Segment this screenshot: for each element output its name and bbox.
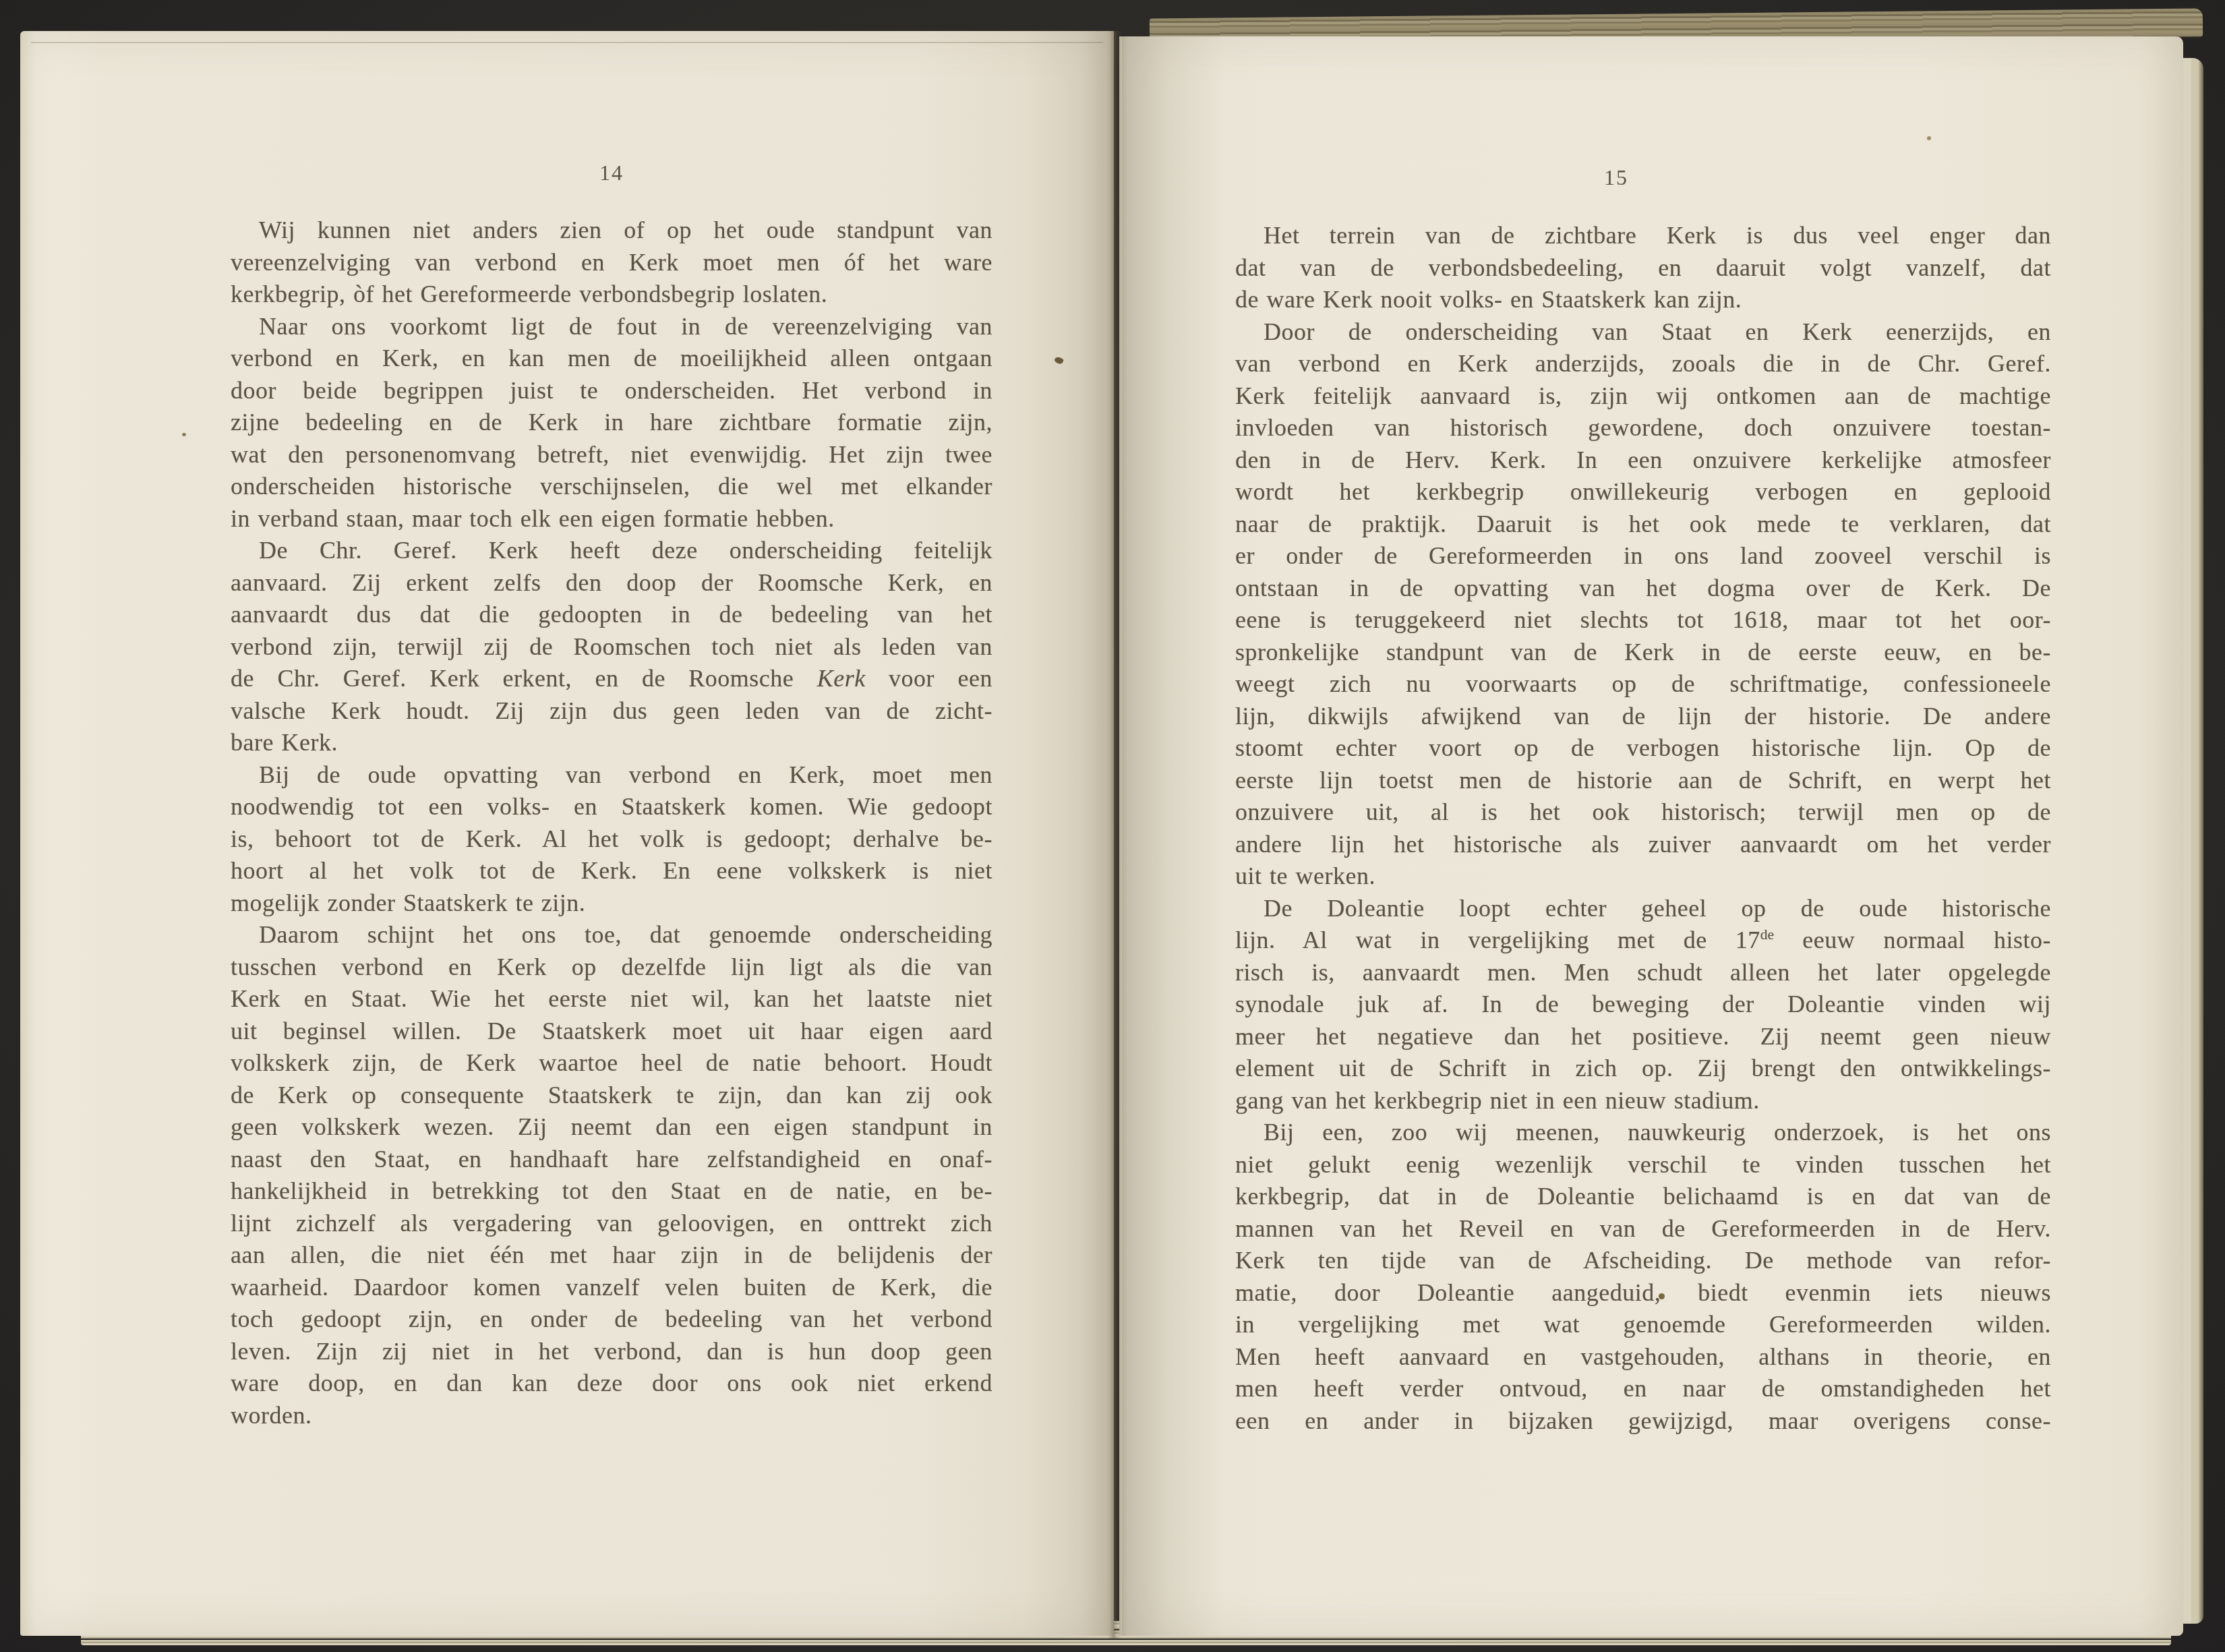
text-line: ontstaan in de opvatting van het dogma o… [1235, 572, 2051, 605]
page-number-right: 15 [1235, 165, 1997, 192]
text-line: spronkelijke standpunt van de Kerk in de… [1235, 637, 2051, 669]
page-number-left: 14 [231, 160, 992, 187]
crease-line [31, 42, 1103, 43]
text-line: tusschen verbond en Kerk op dezelfde lij… [231, 951, 992, 984]
text-line: naast den Staat, en handhaaft hare zelfs… [231, 1144, 992, 1176]
text-line: stoomt echter voort op de verbogen histo… [1235, 732, 2051, 765]
text-line: Kerk en Staat. Wie het eerste niet wil, … [231, 983, 992, 1015]
text-line: meer het negatieve dan het positieve. Zi… [1235, 1021, 2051, 1053]
text-line: volkskerk zijn, de Kerk waartoe heel de … [231, 1047, 992, 1080]
text-line: gang van het kerkbegrip niet in een nieu… [1235, 1085, 2051, 1117]
left-text-block: Wij kunnen niet anders zien of op het ou… [231, 214, 992, 1432]
text-line: kerkbegrip, òf het Gereformeerde verbond… [231, 278, 992, 311]
book-spread: 14 Wij kunnen niet anders zien of op het… [0, 0, 2225, 1652]
text-line: valsche Kerk houdt. Zij zijn dus geen le… [231, 695, 992, 728]
text-line: door beide begrippen juist te onderschei… [231, 375, 992, 407]
text-line: ware doop, en dan kan deze door ons ook … [231, 1367, 992, 1400]
text-line: er onder de Gereformeerden in ons land z… [1235, 540, 2051, 572]
text-line: Bij een, zoo wij meenen, nauwkeurig onde… [1235, 1117, 2051, 1149]
text-line: hankelijkheid in betrekking tot den Staa… [231, 1175, 992, 1208]
text-line: De Doleantie loopt echter geheel op de o… [1235, 893, 2051, 925]
text-line: Men heeft aanvaard en vastgehouden, alth… [1235, 1341, 2051, 1374]
text-line: weegt zich nu voorwaarts op de schriftma… [1235, 668, 2051, 701]
text-line: men heeft verder ontvoud, en naar de oms… [1235, 1373, 2051, 1405]
text-line: niet gelukt eenig wezenlijk verschil te … [1235, 1149, 2051, 1181]
text-line: Wij kunnen niet anders zien of op het ou… [231, 214, 992, 247]
superscript-text: de [1760, 926, 1774, 943]
text-line: dat van de verbondsbedeeling, en daaruit… [1235, 252, 2051, 285]
text-line: eerste lijn toetst men de historie aan d… [1235, 765, 2051, 797]
text-line: de ware Kerk nooit volks- en Staatskerk … [1235, 284, 2051, 316]
paper-speck [1659, 1293, 1665, 1299]
right-page: 15 Het terrein van de zichtbare Kerk is … [1119, 36, 2183, 1636]
text-line: De Chr. Geref. Kerk heeft deze ondersche… [231, 535, 992, 567]
right-text-block: Het terrein van de zichtbare Kerk is dus… [1235, 220, 2051, 1437]
text-line: Bij de oude opvatting van verbond en Ker… [231, 759, 992, 792]
text-line: den in de Herv. Kerk. In een onzuivere k… [1235, 444, 2051, 477]
text-line: kerkbegrip, dat in de Doleantie belichaa… [1235, 1181, 2051, 1213]
text-line: Het terrein van de zichtbare Kerk is dus… [1235, 220, 2051, 252]
text-line: risch is, aanvaardt men. Men schudt alle… [1235, 957, 2051, 989]
text-line: lijn, dikwijls afwijkend van de lijn der… [1235, 701, 2051, 733]
text-line: Kerk ten tijde van de Afscheiding. De me… [1235, 1245, 2051, 1277]
text-line: leven. Zijn zij niet in het verbond, dan… [231, 1336, 992, 1368]
text-line: een en ander in bijzaken gewijzigd, maar… [1235, 1405, 2051, 1438]
text-line: mannen van het Reveil en van de Gereform… [1235, 1213, 2051, 1245]
text-line: uit beginsel willen. De Staatskerk moet … [231, 1015, 992, 1048]
text-line: van verbond en Kerk anderzijds, zooals d… [1235, 348, 2051, 380]
text-line: invloeden van historisch gewordene, doch… [1235, 412, 2051, 444]
text-line: in verband staan, maar toch elk een eige… [231, 503, 992, 535]
text-line: Naar ons voorkomt ligt de fout in de ver… [231, 311, 992, 343]
text-line: uit te werken. [1235, 860, 2051, 893]
paper-speck [1927, 136, 1931, 140]
text-line: synodale juk af. In de beweging der Dole… [1235, 989, 2051, 1021]
text-line: eene is teruggekeerd niet slechts tot 16… [1235, 604, 2051, 637]
text-line: element uit de Schrift in zich op. Zij b… [1235, 1053, 2051, 1085]
paper-speck [182, 433, 186, 436]
text-line: waarheid. Daardoor komen vanzelf velen b… [231, 1272, 992, 1304]
gutter-shadow-left [1025, 31, 1108, 1636]
text-line: Daarom schijnt het ons toe, dat genoemde… [231, 919, 992, 951]
text-line: bare Kerk. [231, 727, 992, 759]
text-line: aan allen, die niet één met haar zijn in… [231, 1239, 992, 1272]
text-line: de Chr. Geref. Kerk erkent, en de Roomsc… [231, 663, 992, 695]
text-line: hoort al het volk tot de Kerk. En eene v… [231, 855, 992, 887]
text-line: verbond zijn, terwijl zij de Roomschen t… [231, 631, 992, 663]
text-line: is, behoort tot de Kerk. Al het volk is … [231, 823, 992, 856]
spine-shadow [1107, 31, 1122, 1639]
text-line: andere lijn het historische als zuiver a… [1235, 829, 2051, 861]
text-line: onzuivere uit, al is het ook historisch;… [1235, 796, 2051, 829]
gutter-shadow-right [1122, 36, 1223, 1636]
text-line: matie, door Doleantie aangeduid, biedt e… [1235, 1277, 2051, 1309]
text-line: naar de praktijk. Daaruit is het ook med… [1235, 508, 2051, 541]
text-line: wat den personenomvang betreft, niet eve… [231, 439, 992, 471]
text-line: wordt het kerkbegrip onwillekeurig verbo… [1235, 476, 2051, 508]
text-line: mogelijk zonder Staatskerk te zijn. [231, 887, 992, 920]
text-line: lijnt zichzelf als vergadering van geloo… [231, 1208, 992, 1240]
text-line: aanvaardt dus dat die gedoopten in de be… [231, 599, 992, 631]
text-line: verbond en Kerk, en kan men de moeilijkh… [231, 343, 992, 375]
text-line: toch gedoopt zijn, en onder de bedeeling… [231, 1303, 992, 1336]
text-line: worden. [231, 1400, 992, 1432]
text-line: aanvaard. Zij erkent zelfs den doop der … [231, 567, 992, 599]
italic-word: Kerk [817, 665, 866, 692]
text-line: noodwendig tot een volks- en Staatskerk … [231, 791, 992, 823]
text-line: lijn. Al wat in vergelijking met de 17de… [1235, 924, 2051, 957]
text-line: vereenzelviging van verbond en Kerk moet… [231, 247, 992, 279]
text-line: onderscheiden historische verschijnselen… [231, 471, 992, 503]
left-page: 14 Wij kunnen niet anders zien of op het… [20, 31, 1114, 1636]
text-line: in vergelijking met wat genoemde Gerefor… [1235, 1309, 2051, 1341]
text-line: Kerk feitelijk aanvaard is, zijn wij ont… [1235, 380, 2051, 413]
text-line: Door de onderscheiding van Staat en Kerk… [1235, 316, 2051, 349]
text-line: zijne bedeeling en de Kerk in hare zicht… [231, 407, 992, 439]
text-line: geen volkskerk wezen. Zij neemt dan een … [231, 1111, 992, 1144]
text-line: de Kerk op consequente Staatskerk te zij… [231, 1080, 992, 1112]
